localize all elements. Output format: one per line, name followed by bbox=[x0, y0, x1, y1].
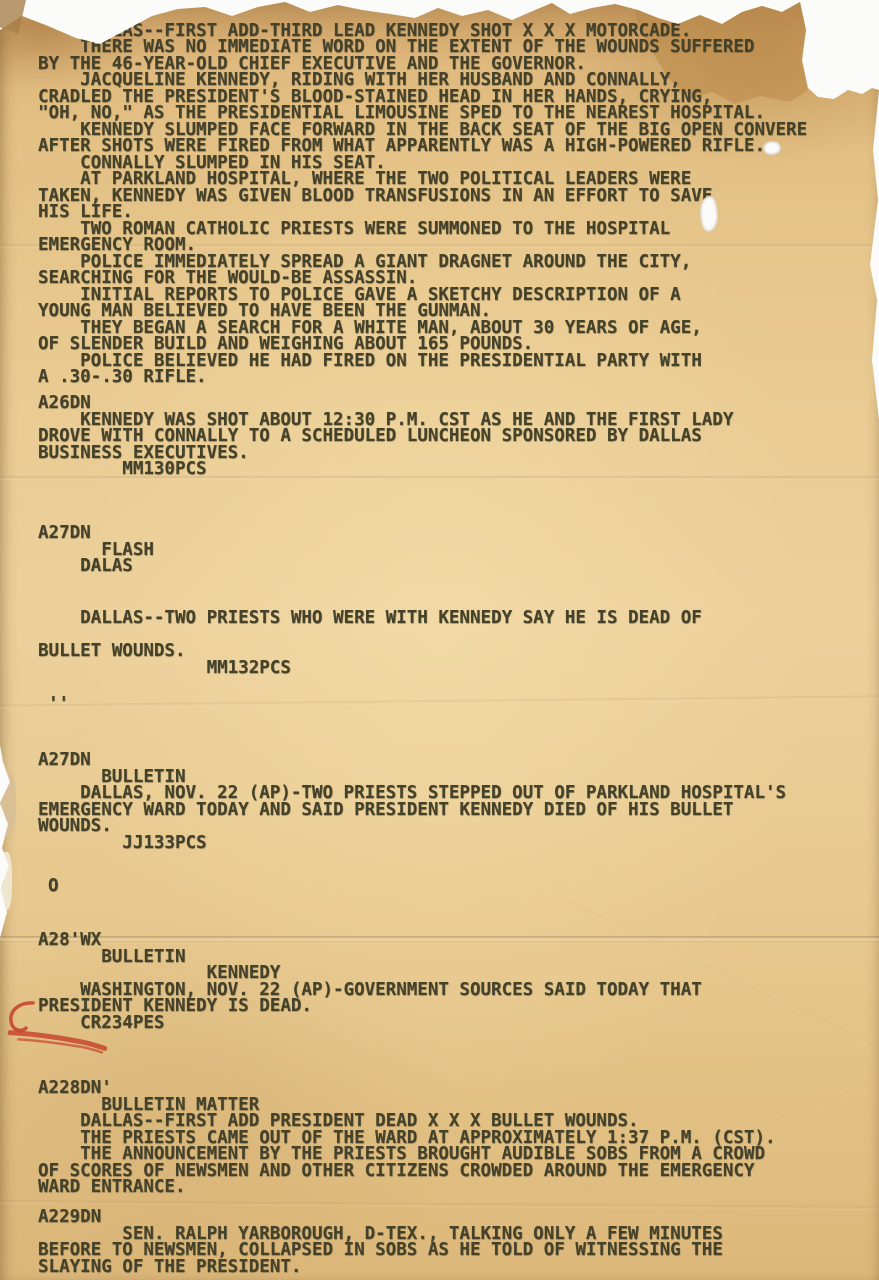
stray-quote-marks: '' bbox=[48, 696, 69, 713]
wire-section-a27dn-flash: A27DN FLASH DALAS bbox=[38, 525, 154, 575]
wire-section-a28wx-bulletin: A28'WX BULLETIN KENNEDY WASHINGTON, NOV.… bbox=[38, 932, 702, 1031]
torn-edge-fragment bbox=[0, 772, 16, 836]
wire-section-a229dn: A229DN SEN. RALPH YARBOROUGH, D-TEX., TA… bbox=[38, 1209, 723, 1275]
fold-crease bbox=[0, 695, 879, 708]
wire-section-a27dn-bulletin: A27DN BULLETIN DALLAS, NOV. 22 (AP)-TWO … bbox=[38, 752, 786, 851]
red-pencil-check-mark-icon bbox=[3, 994, 113, 1060]
stray-o-character: O bbox=[48, 878, 59, 895]
wire-section-flash-body: DALLAS--TWO PRIESTS WHO WERE WITH KENNED… bbox=[38, 610, 702, 676]
paper-hole bbox=[700, 196, 718, 232]
wire-section-a25dn: A25DN DALLAS--FIRST ADD-THIRD LEAD KENNE… bbox=[38, 6, 807, 386]
torn-edge-fragment bbox=[0, 852, 12, 910]
aged-paper-sheet: A25DN DALLAS--FIRST ADD-THIRD LEAD KENNE… bbox=[0, 0, 879, 1280]
paper-hole bbox=[763, 141, 781, 155]
wire-section-a26dn: A26DN KENNEDY WAS SHOT ABOUT 12:30 P.M. … bbox=[38, 395, 733, 478]
wire-section-a228dn: A228DN' BULLETIN MATTER DALLAS--FIRST AD… bbox=[38, 1080, 776, 1196]
teletype-document-scan: A25DN DALLAS--FIRST ADD-THIRD LEAD KENNE… bbox=[0, 0, 879, 1280]
